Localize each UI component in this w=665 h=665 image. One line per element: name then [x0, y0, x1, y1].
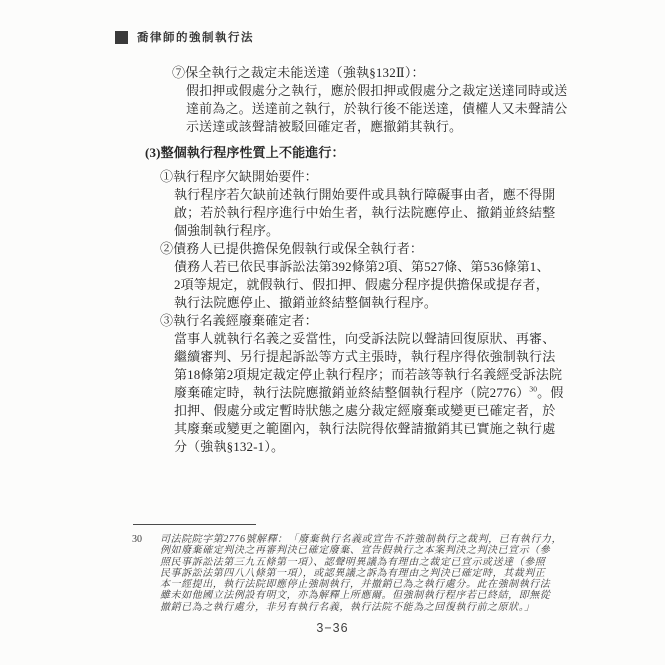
subitem-2-body-line: 債務人若已依民事訴訟法第392條第2項、第527條、第536條第1、	[0, 258, 665, 276]
subitem-3-body-line: 其廢棄或變更之範圍內，執行法院得依聲請撤銷其已實施之執行處	[0, 420, 665, 438]
page-header: 喬律師的強制執行法	[115, 29, 254, 45]
item-7-title: 保全執行之裁定未能送達（強執§132Ⅱ）：	[185, 65, 425, 80]
footnote-line: 司法院院字第2776號解釋：「廢棄執行名義或宣告不許強制執行之裁判，已有執行力，	[160, 534, 562, 545]
subitem-3-marker: ③	[160, 313, 173, 328]
section-3-title: 整個執行程序性質上不能進行：	[161, 145, 345, 160]
subitem-3-heading: ③執行名義經廢棄確定者：	[0, 312, 665, 330]
item-7-heading: ⑦保全執行之裁定未能送達（強執§132Ⅱ）：	[0, 64, 665, 82]
subitem-1-marker: ①	[160, 169, 173, 184]
section-3-marker: (3)	[145, 145, 161, 160]
footnote-separator-rule	[133, 524, 256, 525]
footnote-line: 照民事訴訟法第三九五條第一項）、認聲明異議為有理由之裁定已宣示或送達（參照	[160, 557, 562, 568]
footnote-30-reference: 30	[529, 385, 537, 394]
subitem-1-body-line: 啟；若於執行程序進行中始生者，執行法院應停止、撤銷並終結整	[0, 204, 665, 222]
subitem-2-body-line: 2項等規定，就假執行、假扣押、假處分程序提供擔保或提存者，	[0, 276, 665, 294]
subitem-3-body-line-with-footnote-ref: 廢棄確定時，執行法院應撤銷並終結整個執行程序（院2776）30。假	[0, 384, 665, 402]
subitem-3-body-line: 當事人就執行名義之妥當性，向受訴法院以聲請回復原狀、再審、	[0, 330, 665, 348]
main-text: ⑦保全執行之裁定未能送達（強執§132Ⅱ）： 假扣押或假處分之執行，應於假扣押或…	[0, 64, 665, 456]
footnote-number: 30	[132, 534, 160, 613]
subitem-3-line-post: 。假	[537, 385, 563, 400]
item-7-body-line: 達前為之。送達前之執行，於執行後不能送達，債權人又未聲請公	[0, 100, 665, 118]
subitem-3-title: 執行名義經廢棄確定者：	[173, 313, 318, 328]
subitem-1-title: 執行程序欠缺開始要件：	[173, 169, 318, 184]
footnote-line: 雖未如他國立法例設有明文，亦為解釋上所應爾。但強制執行程序若已終結，即無從	[160, 590, 562, 601]
section-square-icon	[115, 31, 128, 44]
item-7-body-line: 示送達或該聲請被駁回確定者，應撤銷其執行。	[0, 118, 665, 136]
subitem-1-body-line: 執行程序若欠缺前述執行開始要件或具執行障礙事由者，應不得開	[0, 186, 665, 204]
footnote-line: 民事訴訟法第四八八條第一項），或認異議之訴為有理由之判決已確定時，其裁判正	[160, 568, 562, 579]
subitem-3-body-line: 第18條第2項規定裁定停止執行程序；而若該等執行名義經受訴法院	[0, 366, 665, 384]
subitem-2-body-line: 執行法院應停止、撤銷並終結整個執行程序。	[0, 294, 665, 312]
page-number: 3−36	[0, 621, 665, 635]
footnote-line: 例如廢棄確定判決之再審判決已確定廢棄、宣告假執行之本案判決之判決已宣示（參	[160, 545, 562, 556]
item-7-body-line: 假扣押或假處分之執行，應於假扣押或假處分之裁定送達同時或送	[0, 82, 665, 100]
footnote-30: 30 司法院院字第2776號解釋：「廢棄執行名義或宣告不許強制執行之裁判，已有執…	[132, 534, 562, 613]
subitem-3-body-line: 分（強執§132-1）。	[0, 438, 665, 456]
subitem-3-line-pre: 廢棄確定時，執行法院應撤銷並終結整個執行程序（院2776）	[174, 385, 529, 400]
subitem-3-body-line: 扣押、假處分或定暫時狀態之處分裁定經廢棄或變更已確定者，於	[0, 402, 665, 420]
subitem-1-body-line: 個強制執行程序。	[0, 222, 665, 240]
footnote-line: 撤銷已為之執行處分，非另有執行名義，執行法院不能為之回復執行前之原狀。」	[160, 602, 562, 613]
subitem-2-heading: ②債務人已提供擔保免假執行或保全執行者：	[0, 240, 665, 258]
subitem-1-heading: ①執行程序欠缺開始要件：	[0, 168, 665, 186]
item-7-marker: ⑦	[172, 65, 185, 80]
subitem-2-marker: ②	[160, 241, 173, 256]
subitem-3-body-line: 繼續審判、另行提起訴訟等方式主張時，執行程序得依強制執行法	[0, 348, 665, 366]
book-title: 喬律師的強制執行法	[137, 29, 254, 45]
subitem-2-title: 債務人已提供擔保免假執行或保全執行者：	[173, 241, 423, 256]
footnote-text: 司法院院字第2776號解釋：「廢棄執行名義或宣告不許強制執行之裁判，已有執行力，…	[160, 534, 562, 613]
footnote-line: 本一經提出，執行法院即應停止強制執行，并撤銷已為之執行處分。此在強制執行法	[160, 579, 562, 590]
section-3-heading: (3)整個執行程序性質上不能進行：	[0, 144, 665, 162]
